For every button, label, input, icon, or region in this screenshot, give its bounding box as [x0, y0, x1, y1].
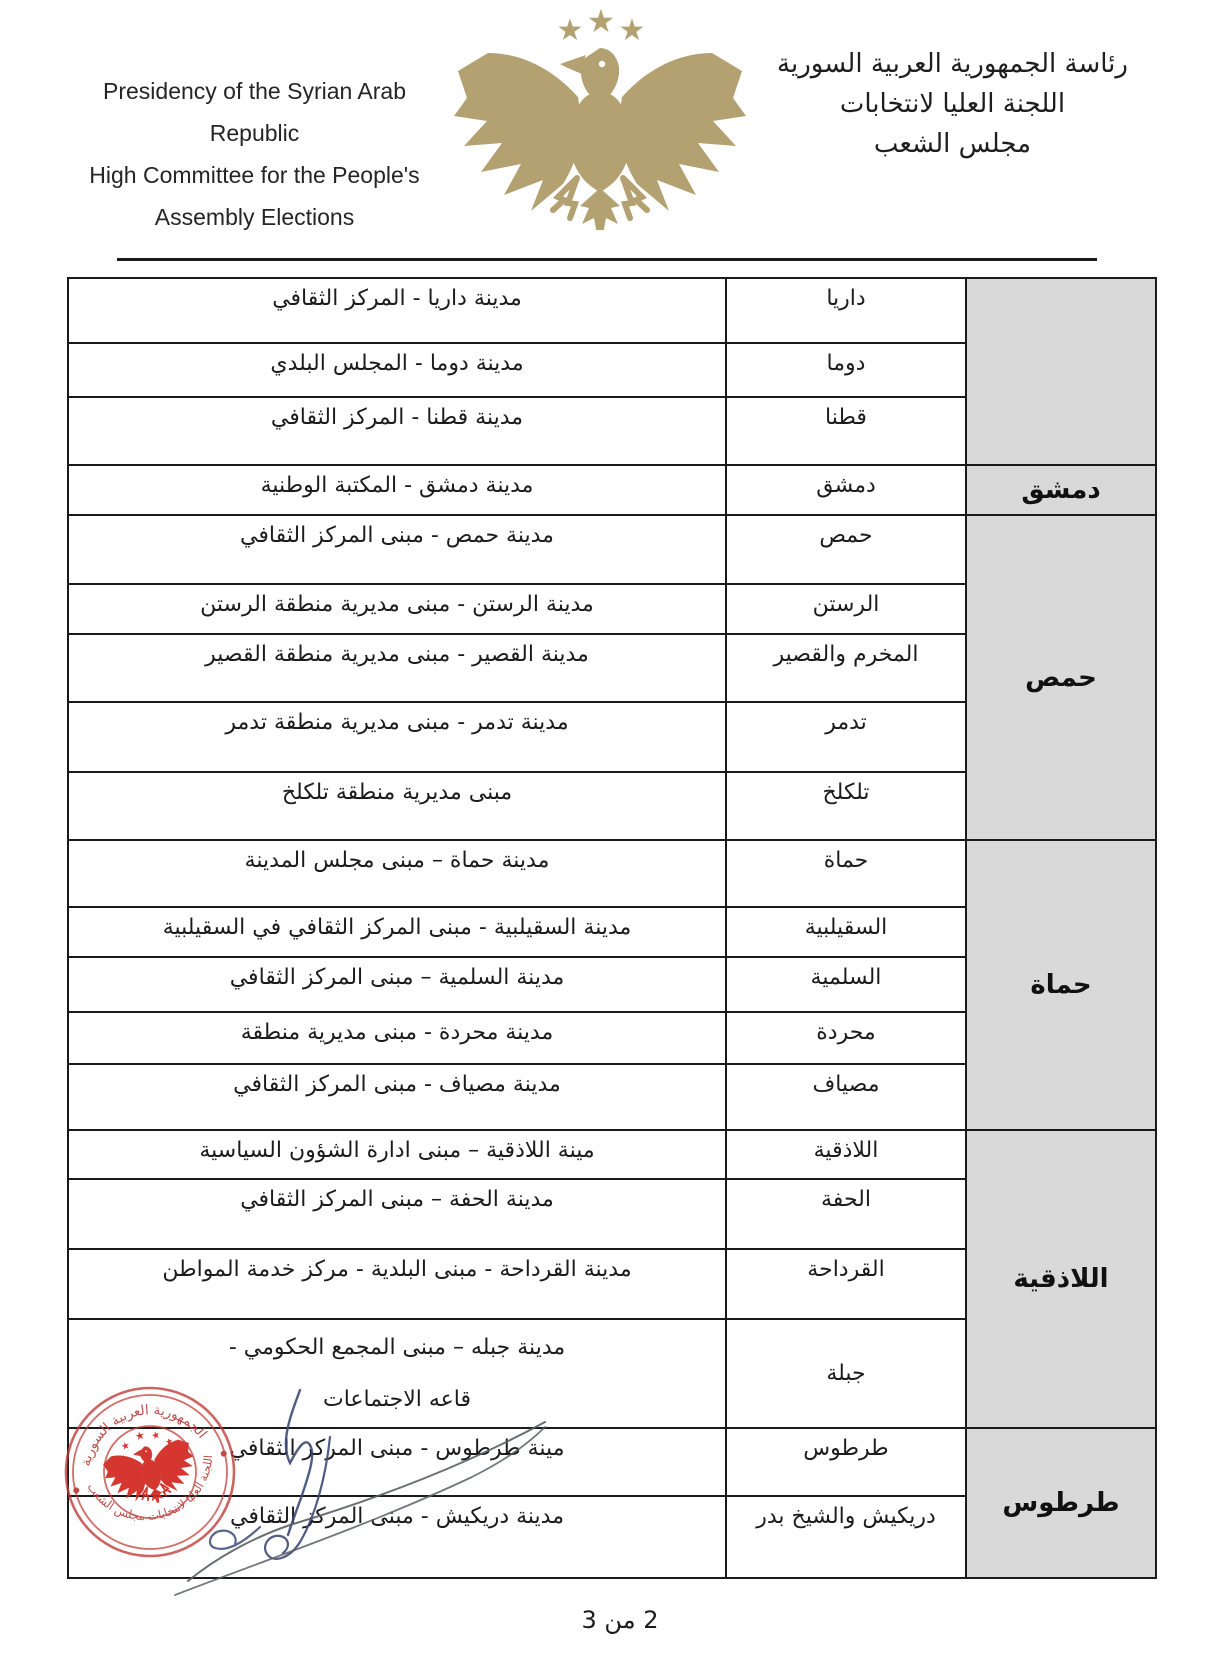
location-cell: مينة اللاذقية – مبنى ادارة الشؤون السياس… [68, 1130, 726, 1179]
header-arabic-line2: اللجنة العليا لانتخابات [755, 84, 1150, 124]
city-cell: محردة [726, 1012, 966, 1064]
signature-stroke [210, 1527, 260, 1549]
city-cell: حماة [726, 840, 966, 907]
star-icon: ★ [587, 8, 616, 40]
city-cell: المخرم والقصير [726, 634, 966, 702]
location-cell: مدينة الرستن - مبنى مديرية منطقة الرستن [68, 584, 726, 634]
location-cell: مدينة السلمية – مبنى المركز الثقافي [68, 957, 726, 1012]
location-cell: مدينة داريا - المركز الثقافي [68, 278, 726, 343]
city-cell: القرداحة [726, 1249, 966, 1319]
city-cell: السلمية [726, 957, 966, 1012]
table-row: اللاذقية اللاذقية مينة اللاذقية – مبنى ا… [68, 1130, 1156, 1179]
header-english: Presidency of the Syrian Arab Republic H… [62, 70, 447, 238]
location-cell: مدينة مصياف - مبنى المركز الثقافي [68, 1064, 726, 1130]
city-cell: طرطوس [726, 1428, 966, 1496]
city-cell: السقيلبية [726, 907, 966, 957]
location-cell: مدينة الحفة – مبنى المركز الثقافي [68, 1179, 726, 1249]
location-cell: مبنى مديرية منطقة تلكلخ [68, 772, 726, 840]
city-cell: مصياف [726, 1064, 966, 1130]
location-cell: مدينة القرداحة - مبنى البلدية - مركز خدم… [68, 1249, 726, 1319]
location-cell: مدينة حماة – مبنى مجلس المدينة [68, 840, 726, 907]
city-cell: تلكلخ [726, 772, 966, 840]
table-row: داريا مدينة داريا - المركز الثقافي [68, 278, 1156, 343]
governorate-cell: اللاذقية [966, 1130, 1156, 1428]
location-cell: مدينة السقيلبية - مبنى المركز الثقافي في… [68, 907, 726, 957]
city-cell: حمص [726, 515, 966, 584]
city-cell: الرستن [726, 584, 966, 634]
city-cell: داريا [726, 278, 966, 343]
header-english-line2: High Committee for the People's [62, 154, 447, 196]
header-arabic-line1: رئاسة الجمهورية العربية السورية [755, 44, 1150, 84]
location-cell: مدينة دمشق - المكتبة الوطنية [68, 465, 726, 515]
city-cell: الحفة [726, 1179, 966, 1249]
city-cell: دوما [726, 343, 966, 397]
city-cell: دريكيش والشيخ بدر [726, 1496, 966, 1578]
city-cell: اللاذقية [726, 1130, 966, 1179]
page-number: 2 من 3 [515, 1606, 725, 1634]
city-cell: قطنا [726, 397, 966, 465]
location-cell: مدينة قطنا - المركز الثقافي [68, 397, 726, 465]
header-english-line1: Presidency of the Syrian Arab Republic [62, 70, 447, 154]
table-row: حمص حمص مدينة حمص - مبنى المركز الثقافي [68, 515, 1156, 584]
signature-stroke [188, 1422, 545, 1581]
star-icon: ★ [619, 13, 646, 48]
location-cell: مدينة حمص - مبنى المركز الثقافي [68, 515, 726, 584]
location-cell: مدينة محردة - مبنى مديرية منطقة [68, 1012, 726, 1064]
governorate-cell: حماة [966, 840, 1156, 1130]
eagle-icon [454, 48, 746, 230]
header-divider-line [117, 258, 1097, 261]
city-cell: تدمر [726, 702, 966, 772]
governorate-cell: حمص [966, 515, 1156, 840]
signature-stroke [286, 1390, 312, 1535]
city-cell: جبلة [726, 1319, 966, 1428]
handwritten-signature [140, 1355, 580, 1615]
location-cell: مدينة القصير - مبنى مديرية منطقة القصير [68, 634, 726, 702]
header-arabic: رئاسة الجمهورية العربية السورية اللجنة ا… [755, 44, 1150, 164]
star-icon: ★ [557, 13, 584, 48]
governorate-cell: طرطوس [966, 1428, 1156, 1578]
stamp-dot [73, 1487, 80, 1494]
governorate-cell [966, 278, 1156, 465]
city-cell: دمشق [726, 465, 966, 515]
header-english-line3: Assembly Elections [62, 196, 447, 238]
location-cell: مدينة تدمر - مبنى مديرية منطقة تدمر [68, 702, 726, 772]
table-row: دمشق دمشق مدينة دمشق - المكتبة الوطنية [68, 465, 1156, 515]
star-icon: ★ [120, 1440, 131, 1453]
header-arabic-line3: مجلس الشعب [755, 124, 1150, 164]
golden-eagle-emblem: ★ ★ ★ [450, 8, 750, 230]
page: { "header": { "english_lines": { "line1"… [0, 0, 1220, 1675]
table-row: حماة حماة مدينة حماة – مبنى مجلس المدينة [68, 840, 1156, 907]
signature-stroke [175, 1427, 545, 1595]
location-cell: مدينة دوما - المجلس البلدي [68, 343, 726, 397]
governorate-cell: دمشق [966, 465, 1156, 515]
